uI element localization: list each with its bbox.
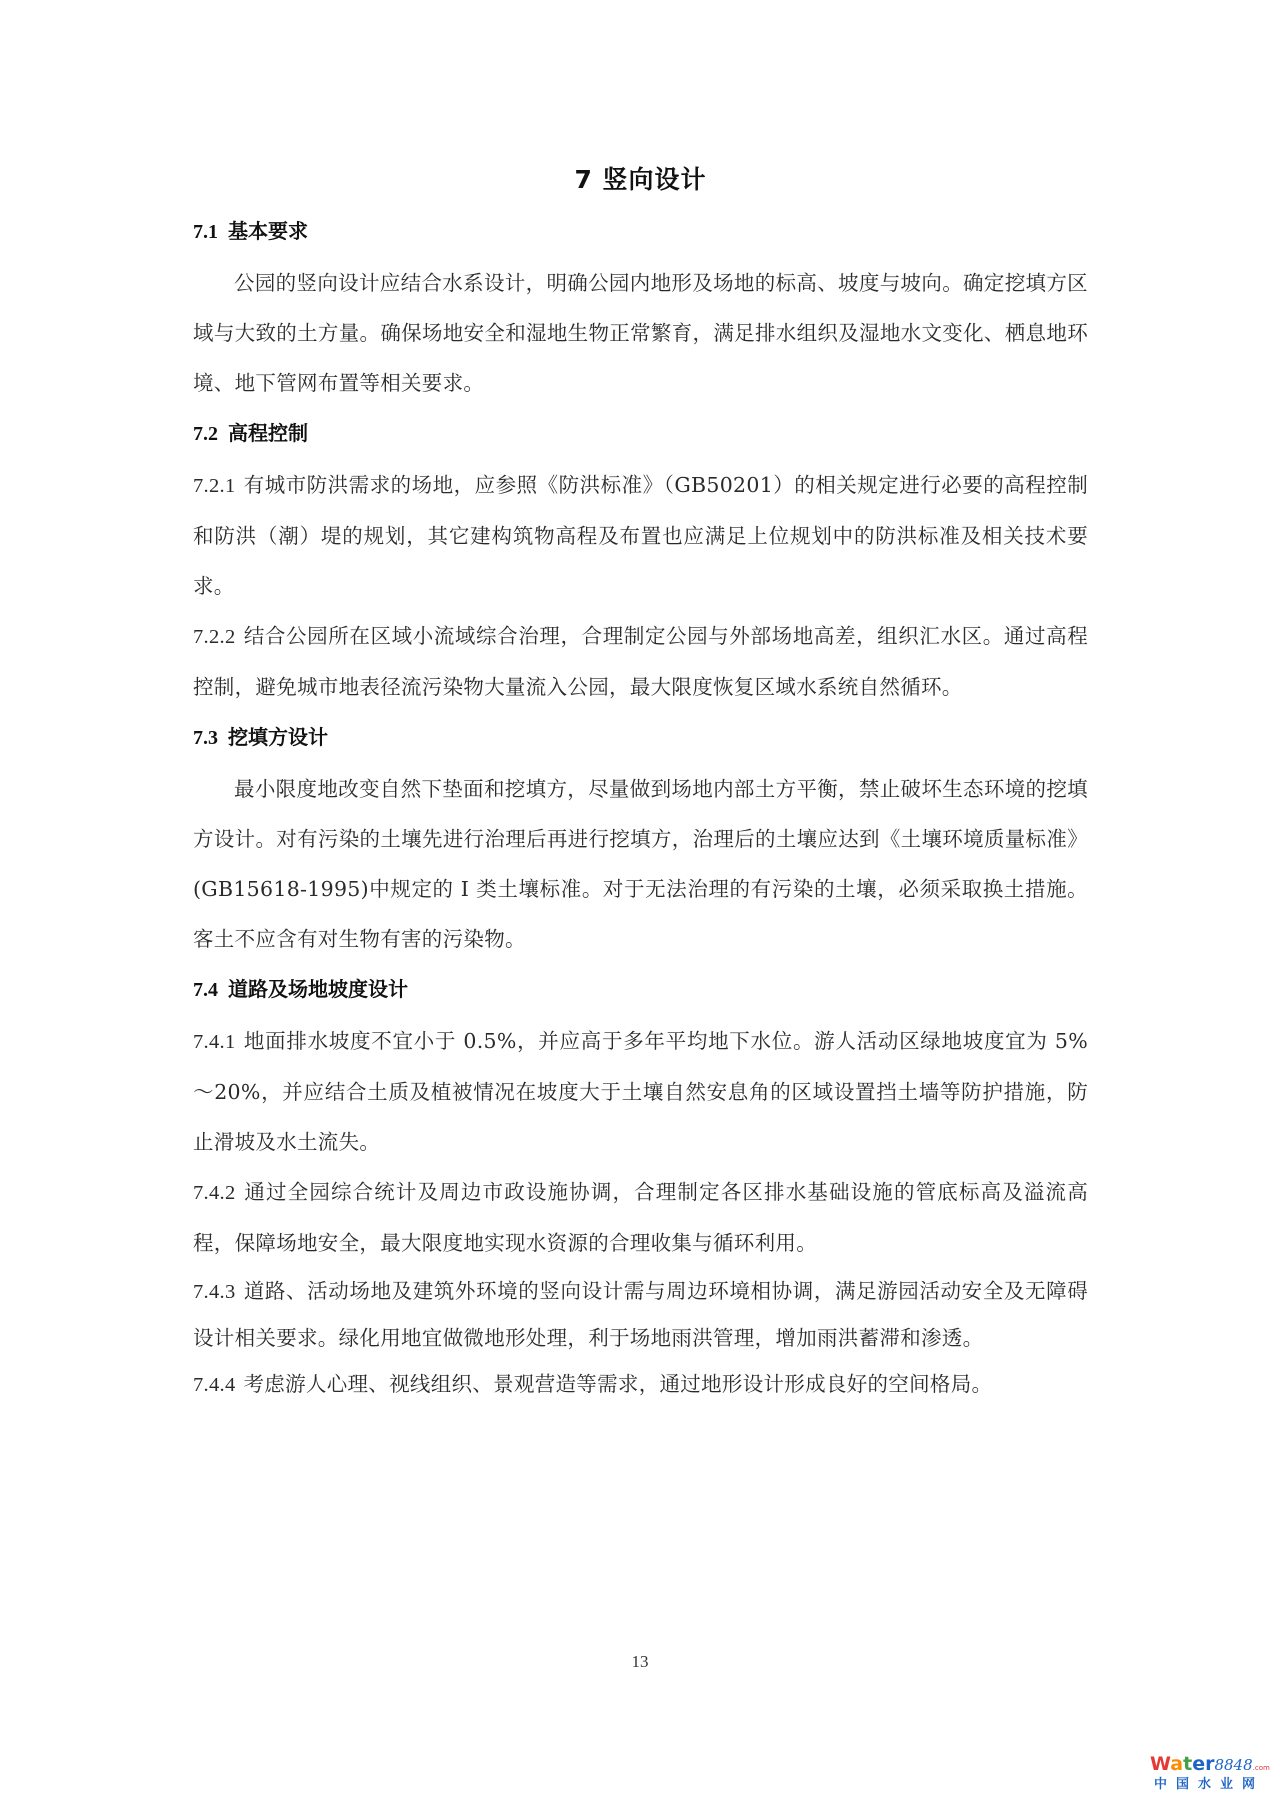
section-heading: 7.1基本要求: [193, 212, 1088, 250]
clause-text: 道路、活动场地及建筑外环境的竖向设计需与周边环境相协调，满足游园活动安全及无障碍…: [193, 1279, 1088, 1350]
section-title: 基本要求: [228, 219, 308, 243]
clause-number: 7.2.2: [193, 626, 236, 648]
paragraph: 最小限度地改变自然下垫面和挖填方，尽量做到场地内部土方平衡，禁止破坏生态环境的挖…: [193, 764, 1088, 964]
chapter-title: 7 竖向设计: [193, 160, 1088, 200]
section-heading: 7.3挖填方设计: [193, 718, 1088, 756]
clause-text: 有城市防洪需求的场地，应参照《防洪标准》（GB50201）的相关规定进行必要的高…: [193, 473, 1088, 598]
section-heading: 7.2高程控制: [193, 414, 1088, 452]
clause-7-4-1: 7.4.1地面排水坡度不宜小于 0.5%，并应高于多年平均地下水位。游人活动区绿…: [193, 1016, 1088, 1167]
clause-number: 7.4.2: [193, 1182, 236, 1204]
clause-7-4-3: 7.4.3道路、活动场地及建筑外环境的竖向设计需与周边环境相协调，满足游园活动安…: [193, 1268, 1088, 1361]
section-heading: 7.4道路及场地坡度设计: [193, 970, 1088, 1008]
page-content: 7 竖向设计 7.1基本要求 公园的竖向设计应结合水系设计，明确公园内地形及场地…: [193, 160, 1088, 1408]
section-title: 高程控制: [228, 421, 308, 445]
section-7-1: 7.1基本要求 公园的竖向设计应结合水系设计，明确公园内地形及场地的标高、坡度与…: [193, 212, 1088, 408]
section-number: 7.3: [193, 727, 218, 749]
watermark-brand: Water8848.com: [1150, 1752, 1275, 1776]
paragraph: 公园的竖向设计应结合水系设计，明确公园内地形及场地的标高、坡度与坡向。确定挖填方…: [193, 258, 1088, 408]
section-title: 道路及场地坡度设计: [228, 977, 408, 1001]
watermark-number: 8848: [1214, 1756, 1252, 1774]
watermark-letter: t: [1183, 1753, 1192, 1775]
watermark-letter: W: [1150, 1753, 1170, 1775]
watermark-letter: a: [1170, 1753, 1183, 1775]
section-number: 7.2: [193, 423, 218, 445]
section-7-4: 7.4道路及场地坡度设计 7.4.1地面排水坡度不宜小于 0.5%，并应高于多年…: [193, 970, 1088, 1408]
clause-number: 7.4.1: [193, 1031, 236, 1053]
clause-text: 通过全园综合统计及周边市政设施协调，合理制定各区排水基础设施的管底标高及溢流高程…: [193, 1180, 1088, 1255]
section-title: 挖填方设计: [228, 725, 328, 749]
page-number: 13: [0, 1652, 1280, 1672]
clause-7-2-2: 7.2.2结合公园所在区域小流域综合治理，合理制定公园与外部场地高差，组织汇水区…: [193, 611, 1088, 712]
clause-7-2-1: 7.2.1有城市防洪需求的场地，应参照《防洪标准》（GB50201）的相关规定进…: [193, 460, 1088, 611]
section-7-2: 7.2高程控制 7.2.1有城市防洪需求的场地，应参照《防洪标准》（GB5020…: [193, 414, 1088, 712]
clause-number: 7.4.4: [193, 1374, 236, 1396]
clause-number: 7.4.3: [193, 1281, 236, 1303]
clause-number: 7.2.1: [193, 475, 236, 497]
clause-7-4-4: 7.4.4考虑游人心理、视线组织、景观营造等需求，通过地形设计形成良好的空间格局…: [193, 1361, 1088, 1408]
section-number: 7.1: [193, 221, 218, 243]
watermark-tld: .com: [1253, 1764, 1270, 1772]
document-page: 7 竖向设计 7.1基本要求 公园的竖向设计应结合水系设计，明确公园内地形及场地…: [0, 0, 1280, 1810]
watermark-logo: Water8848.com 中国水业网: [1150, 1752, 1275, 1802]
watermark-letter: er: [1192, 1753, 1214, 1775]
clause-text: 地面排水坡度不宜小于 0.5%，并应高于多年平均地下水位。游人活动区绿地坡度宜为…: [193, 1029, 1088, 1154]
clause-text: 结合公园所在区域小流域综合治理，合理制定公园与外部场地高差，组织汇水区。通过高程…: [193, 624, 1088, 699]
clause-text: 考虑游人心理、视线组织、景观营造等需求，通过地形设计形成良好的空间格局。: [244, 1372, 993, 1396]
watermark-chinese-name: 中国水业网: [1150, 1776, 1275, 1794]
section-7-3: 7.3挖填方设计 最小限度地改变自然下垫面和挖填方，尽量做到场地内部土方平衡，禁…: [193, 718, 1088, 964]
section-number: 7.4: [193, 979, 218, 1001]
clause-7-4-2: 7.4.2通过全园综合统计及周边市政设施协调，合理制定各区排水基础设施的管底标高…: [193, 1167, 1088, 1268]
